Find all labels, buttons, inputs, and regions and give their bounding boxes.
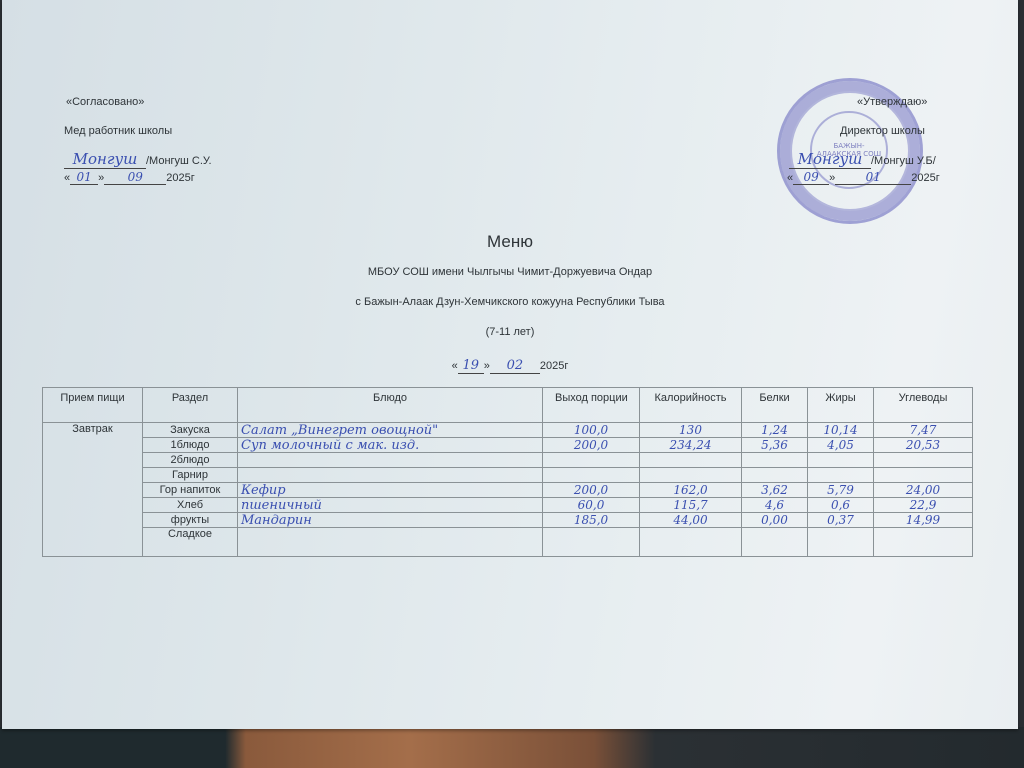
approval-left-month: 09 <box>104 170 166 185</box>
column-header-meal: Прием пищи <box>43 388 143 423</box>
fats-cell: 4,05 <box>808 438 874 453</box>
column-header-calories: Калорийность <box>640 388 742 423</box>
table-row: ЗавтракЗакускаСалат „Винегрет овощной"10… <box>43 423 973 438</box>
table-header-row: Прием пищи Раздел Блюдо Выход порции Кал… <box>43 388 973 423</box>
portion-cell: 100,0 <box>543 423 640 438</box>
approval-right-date: «09»012025г <box>787 170 940 185</box>
portion-cell <box>543 528 640 557</box>
dish-cell: Кефир <box>238 483 543 498</box>
portion-cell <box>543 453 640 468</box>
approval-left-year: 2025г <box>166 172 194 184</box>
approval-right-label: «Утверждаю» <box>857 96 927 108</box>
page-title: Меню <box>2 232 1018 252</box>
table-row: Гор напитокКефир200,0162,03,625,7924,00 <box>43 483 973 498</box>
menu-date: «19»022025г <box>2 358 1018 374</box>
carbs-cell: 20,53 <box>874 438 973 453</box>
carbs-cell <box>874 453 973 468</box>
calories-cell <box>640 453 742 468</box>
table-surface-background <box>0 727 1024 768</box>
section-cell: Гор напиток <box>143 483 238 498</box>
approval-left-name: /Монгуш С.У. <box>146 155 212 167</box>
section-cell: 1блюдо <box>143 438 238 453</box>
dish-cell <box>238 468 543 483</box>
column-header-dish: Блюдо <box>238 388 543 423</box>
portion-cell <box>543 468 640 483</box>
approval-left-signature: Монгуш <box>64 150 146 169</box>
dish-cell <box>238 453 543 468</box>
dish-cell: Суп молочный с мак. изд. <box>238 438 543 453</box>
approval-left-label: «Согласовано» <box>66 96 144 108</box>
approval-right-day: 09 <box>793 170 829 185</box>
table-row: Гарнир <box>43 468 973 483</box>
table-row: Сладкое <box>43 528 973 557</box>
approval-left-position: Мед работник школы <box>64 125 172 137</box>
section-cell: Хлеб <box>143 498 238 513</box>
approval-right-signature-line: Монгуш/Монгуш У.Б/ <box>789 150 936 169</box>
section-cell: Гарнир <box>143 468 238 483</box>
menu-date-month: 02 <box>490 358 540 374</box>
approval-right-month: 01 <box>835 170 911 185</box>
dish-cell: Мандарин <box>238 513 543 528</box>
approval-right-signature: Монгуш <box>789 150 871 169</box>
carbs-cell: 24,00 <box>874 483 973 498</box>
proteins-cell <box>742 528 808 557</box>
column-header-portion: Выход порции <box>543 388 640 423</box>
column-header-carbs: Углеводы <box>874 388 973 423</box>
carbs-cell: 22,9 <box>874 498 973 513</box>
menu-date-year: 2025г <box>540 360 568 372</box>
calories-cell <box>640 468 742 483</box>
proteins-cell: 4,6 <box>742 498 808 513</box>
dish-cell: Салат „Винегрет овощной" <box>238 423 543 438</box>
section-cell: Сладкое <box>143 528 238 557</box>
portion-cell: 200,0 <box>543 483 640 498</box>
meal-cell: Завтрак <box>43 423 143 557</box>
carbs-cell: 7,47 <box>874 423 973 438</box>
proteins-cell: 1,24 <box>742 423 808 438</box>
proteins-cell <box>742 468 808 483</box>
approval-left-date: «01»092025г <box>64 170 195 185</box>
carbs-cell <box>874 528 973 557</box>
portion-cell: 60,0 <box>543 498 640 513</box>
dish-cell: пшеничный <box>238 498 543 513</box>
approval-right-name: /Монгуш У.Б/ <box>871 155 936 167</box>
fats-cell: 5,79 <box>808 483 874 498</box>
school-name: МБОУ СОШ имени Чылгычы Чимит-Доржуевича … <box>2 266 1018 278</box>
dish-cell <box>238 528 543 557</box>
proteins-cell: 3,62 <box>742 483 808 498</box>
fats-cell: 0,6 <box>808 498 874 513</box>
section-cell: фрукты <box>143 513 238 528</box>
section-cell: 2блюдо <box>143 453 238 468</box>
proteins-cell: 0,00 <box>742 513 808 528</box>
menu-date-day: 19 <box>458 358 484 374</box>
approval-right-position: Директор школы <box>840 125 925 137</box>
menu-table: Прием пищи Раздел Блюдо Выход порции Кал… <box>42 387 973 557</box>
table-row: 1блюдоСуп молочный с мак. изд.200,0234,2… <box>43 438 973 453</box>
menu-document-sheet: «Согласовано» Мед работник школы Монгуш/… <box>2 0 1018 729</box>
fats-cell <box>808 468 874 483</box>
column-header-section: Раздел <box>143 388 238 423</box>
carbs-cell <box>874 468 973 483</box>
age-group: (7-11 лет) <box>2 326 1018 338</box>
table-row: 2блюдо <box>43 453 973 468</box>
fats-cell: 0,37 <box>808 513 874 528</box>
fats-cell <box>808 453 874 468</box>
table-row: Хлебпшеничный60,0115,74,60,622,9 <box>43 498 973 513</box>
approval-left-day: 01 <box>70 170 98 185</box>
fats-cell: 10,14 <box>808 423 874 438</box>
proteins-cell: 5,36 <box>742 438 808 453</box>
calories-cell <box>640 528 742 557</box>
calories-cell: 162,0 <box>640 483 742 498</box>
approval-right-year: 2025г <box>911 172 939 184</box>
fats-cell <box>808 528 874 557</box>
column-header-fats: Жиры <box>808 388 874 423</box>
calories-cell: 234,24 <box>640 438 742 453</box>
portion-cell: 185,0 <box>543 513 640 528</box>
proteins-cell <box>742 453 808 468</box>
calories-cell: 130 <box>640 423 742 438</box>
school-location: с Бажын-Алаак Дзун-Хемчикского кожууна Р… <box>2 296 1018 308</box>
section-cell: Закуска <box>143 423 238 438</box>
portion-cell: 200,0 <box>543 438 640 453</box>
approval-left-signature-line: Монгуш/Монгуш С.У. <box>64 150 212 169</box>
column-header-proteins: Белки <box>742 388 808 423</box>
calories-cell: 44,00 <box>640 513 742 528</box>
carbs-cell: 14,99 <box>874 513 973 528</box>
table-row: фруктыМандарин185,044,000,000,3714,99 <box>43 513 973 528</box>
calories-cell: 115,7 <box>640 498 742 513</box>
